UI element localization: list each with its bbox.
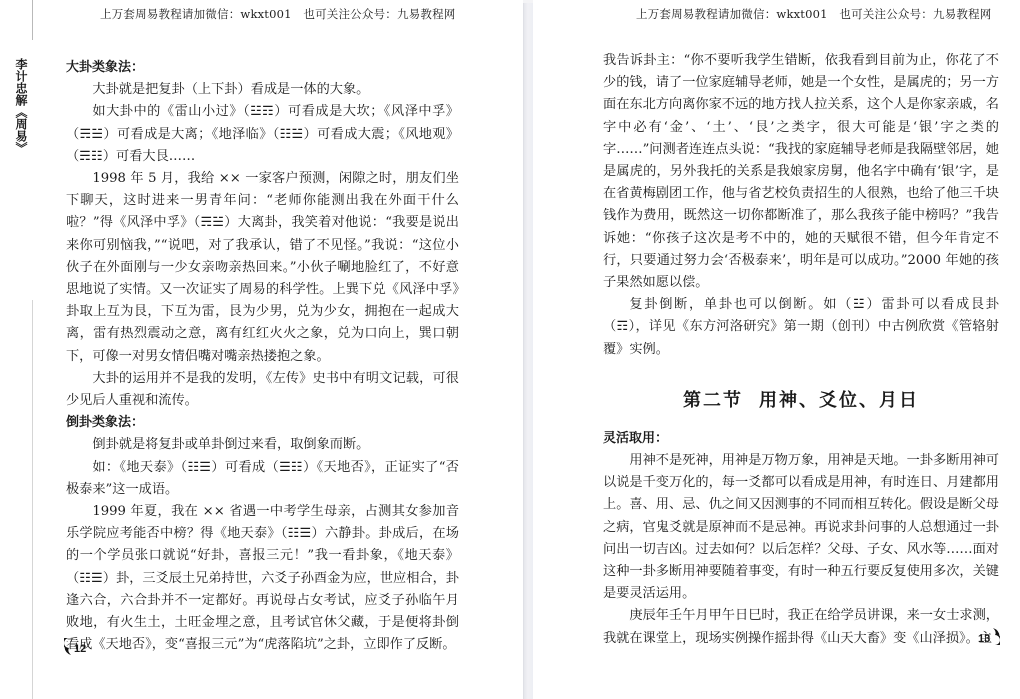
right-body-after-section: 灵活取用：用神不是死神，用神是万物万象，用神是天地。一卦多断用神可以说是千变万化… — [603, 428, 999, 650]
page-header: 上万套周易教程请加微信：wkxt001 也可关注公众号：九易教程网 — [636, 6, 991, 22]
right-body-before-section: 我告诉卦主：“你不要听我学生错断，依我看到目前为止，你花了不少的钱，请了一位家庭… — [603, 50, 999, 361]
paragraph: 复卦倒断，单卦也可以倒断。如（☳）雷卦可以看成艮卦（☶），详见《东方河洛研究》第… — [603, 294, 999, 361]
left-page-body: 大卦类象法：大卦就是把复卦（上下卦）看成是一体的大象。如大卦中的《雷山小过》（☳… — [66, 57, 459, 656]
right-page: 上万套周易教程请加微信：wkxt001 也可关注公众号：九易教程网 我告诉卦主：… — [533, 0, 1020, 699]
taiji-half-icon — [64, 638, 74, 655]
spine-title: 李计忠解《周易》 — [14, 58, 28, 154]
paragraph: 1999 年夏，我在 ×× 省遇一中考学生母亲，占测其女参加音乐学院应考能否中榜… — [66, 501, 459, 656]
paragraph: 用神不是死神，用神是万物万象，用神是天地。一卦多断用神可以说是千变万化的，每一爻… — [603, 450, 999, 605]
section-heading: 用神、爻位、月日 — [759, 390, 919, 411]
page-number-left: 12 — [64, 638, 86, 655]
right-page-body: 我告诉卦主：“你不要听我学生错断，依我看到目前为止，你花了不少的钱，请了一位家庭… — [603, 50, 999, 650]
paragraph: 庚辰年壬午月甲午日巳时，我正在给学员讲课，来一女士求测，我就在课堂上，现场实例操… — [603, 605, 999, 649]
paragraph: 倒卦就是将复卦或单卦倒过来看，取倒象而断。 — [66, 434, 459, 456]
section-number: 第二节 — [683, 390, 743, 411]
subheading: 大卦类象法： — [66, 57, 459, 79]
page-header: 上万套周易教程请加微信：wkxt001 也可关注公众号：九易教程网 — [100, 6, 455, 22]
subheading: 倒卦类象法： — [66, 412, 459, 434]
page-number-text: 12 — [74, 643, 86, 655]
taiji-half-icon — [990, 628, 1000, 645]
margin-rule — [32, 0, 33, 40]
page-number-right: 13 — [978, 628, 1000, 645]
paragraph: 如：《地天泰》（☷☰）可看成（☰☷）《天地否》，正证实了“否极泰来”这一成语。 — [66, 457, 459, 501]
margin-rule — [32, 300, 33, 699]
paragraph: 我告诉卦主：“你不要听我学生错断，依我看到目前为止，你花了不少的钱，请了一位家庭… — [603, 50, 999, 294]
paragraph: 如大卦中的《雷山小过》（☳☶）可看成是大坎；《风泽中孚》（☴☱）可看成是大离；《… — [66, 101, 459, 168]
page-number-text: 13 — [978, 633, 990, 645]
subheading: 灵活取用： — [603, 428, 999, 450]
paragraph: 1998 年 5 月，我给 ×× 一家客户预测，闲隙之时，朋友们坐下聊天，这时进… — [66, 168, 459, 368]
left-page: 上万套周易教程请加微信：wkxt001 也可关注公众号：九易教程网 李计忠解《周… — [0, 0, 523, 699]
paragraph: 大卦的运用并不是我的发明，《左传》史书中有明文记载，可很少见后人重视和流传。 — [66, 368, 459, 412]
section-title: 第二节用神、爻位、月日 — [603, 388, 999, 414]
paragraph: 大卦就是把复卦（上下卦）看成是一体的大象。 — [66, 79, 459, 101]
